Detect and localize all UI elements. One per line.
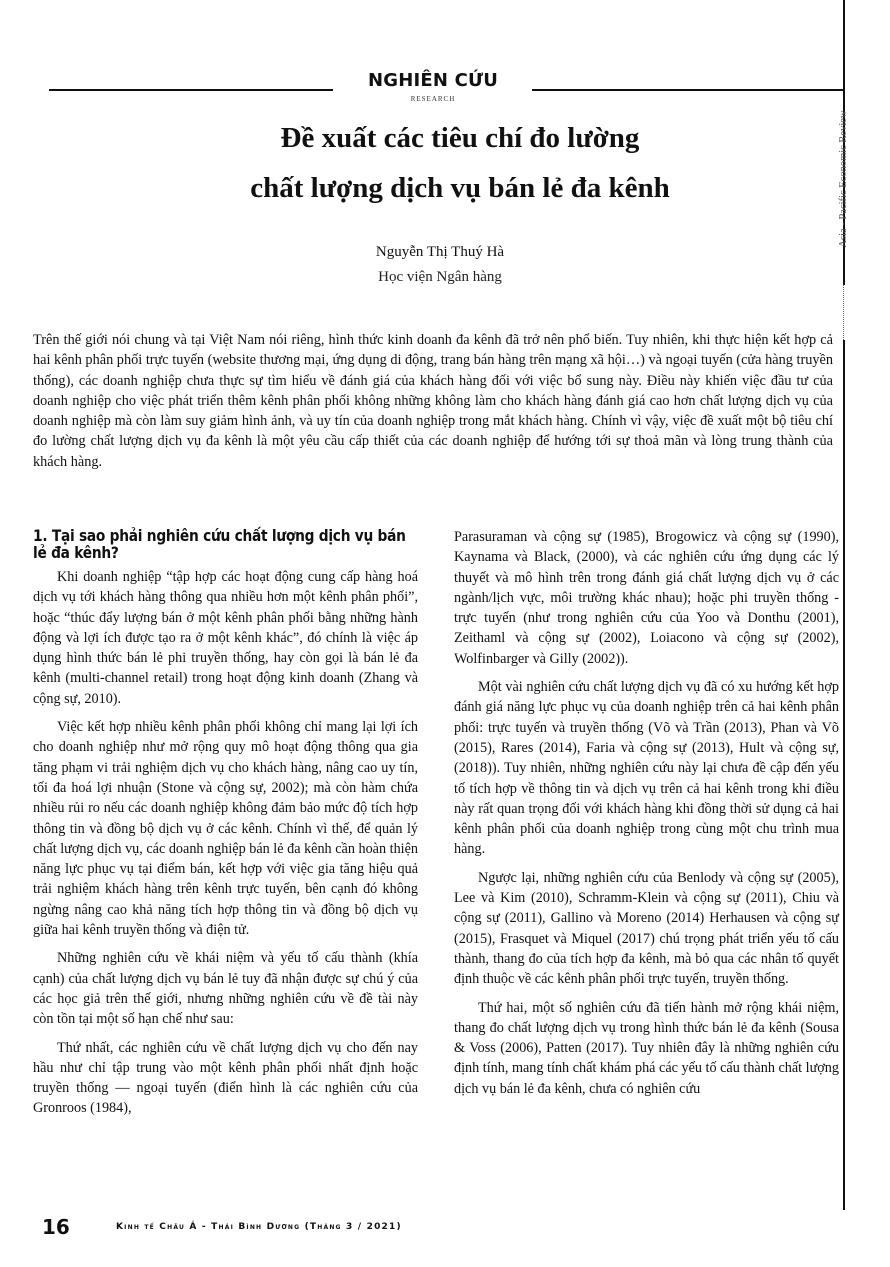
title-line-2: chất lượng dịch vụ bán lẻ đa kênh xyxy=(250,172,669,204)
paragraph: Khi doanh nghiệp “tập hợp các hoạt động … xyxy=(33,567,418,709)
paragraph: Thứ hai, một số nghiên cứu đã tiến hành … xyxy=(454,998,839,1099)
left-column: 1. Tại sao phải nghiên cứu chất lượng dị… xyxy=(33,527,418,1127)
journal-footer: Kinh tế Châu Á - Thái Bình Dương (Tháng … xyxy=(116,1222,402,1232)
header-rule-right xyxy=(532,89,843,91)
side-line-dots xyxy=(843,285,845,340)
paragraph: Thứ nhất, các nghiên cứu về chất lượng d… xyxy=(33,1038,418,1119)
paragraph: Parasuraman và cộng sự (1985), Brogowicz… xyxy=(454,527,839,669)
header-rule-left xyxy=(49,89,333,91)
author-affiliation: Học viện Ngân hàng xyxy=(340,265,540,289)
section-label: NGHIÊN CỨU xyxy=(340,70,526,91)
title-line-1: Đề xuất các tiêu chí đo lường xyxy=(281,122,640,154)
article-title: Đề xuất các tiêu chí đo lường chất lượng… xyxy=(150,113,770,213)
author-name: Nguyễn Thị Thuý Hà xyxy=(340,240,540,264)
side-journal-label: Asia - Pacific Economic Review xyxy=(838,104,852,254)
section-heading: 1. Tại sao phải nghiên cứu chất lượng dị… xyxy=(33,527,420,561)
side-line-main xyxy=(843,340,845,1210)
paragraph: Ngược lại, những nghiên cứu của Benlody … xyxy=(454,868,839,990)
right-column: Parasuraman và cộng sự (1985), Brogowicz… xyxy=(454,527,839,1107)
abstract: Trên thế giới nói chung và tại Việt Nam … xyxy=(33,330,833,472)
section-sublabel: RESEARCH xyxy=(340,95,526,103)
page-number: 16 xyxy=(42,1215,70,1239)
paragraph: Những nghiên cứu về khái niệm và yếu tố … xyxy=(33,948,418,1029)
paragraph: Một vài nghiên cứu chất lượng dịch vụ đã… xyxy=(454,677,839,860)
paragraph: Việc kết hợp nhiều kênh phân phối không … xyxy=(33,717,418,940)
